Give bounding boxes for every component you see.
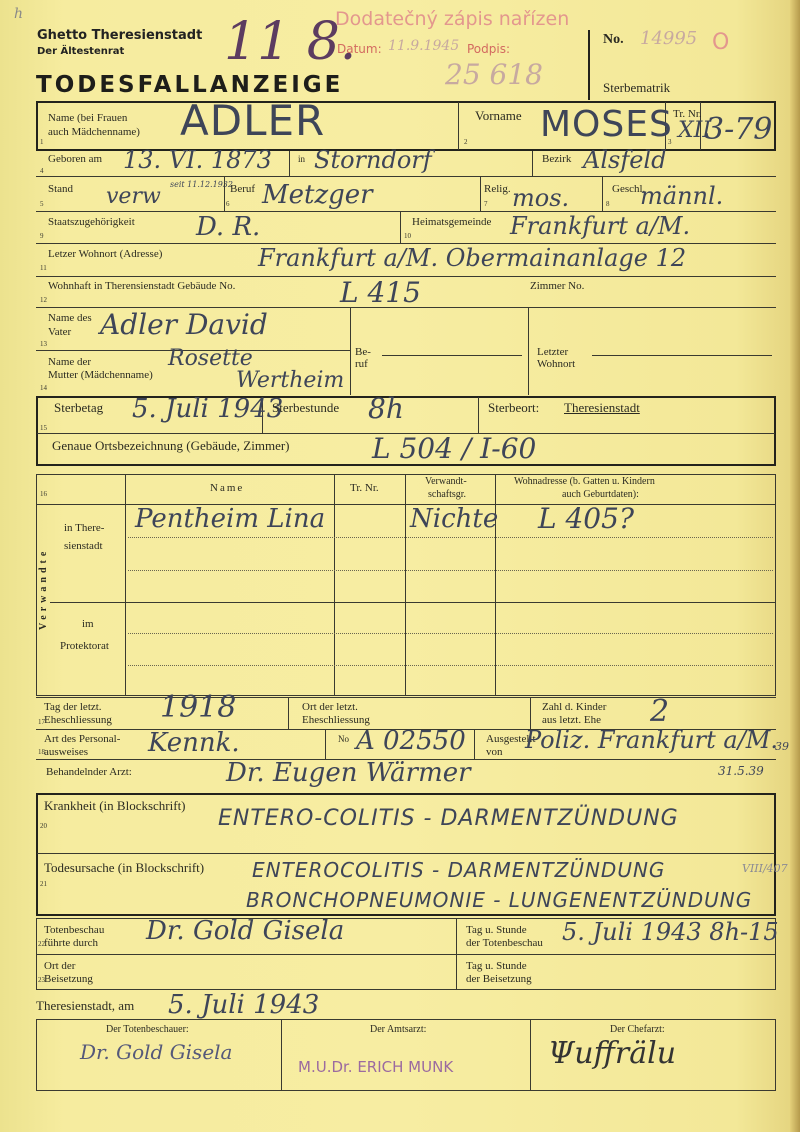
home-municipality-value: Frankfurt a/M. (510, 212, 690, 240)
id-side-note: 39 (775, 740, 789, 753)
father-label-2: Vater (48, 326, 71, 338)
home-municipality-label: Heimatsgemeinde (412, 216, 491, 228)
parents-last-residence-label-2: Wohnort (537, 358, 575, 370)
children-count-label-2: aus letzt. Ehe (542, 714, 601, 726)
marital-status-label: Stand (48, 183, 73, 195)
group-protektorat-label-2: Protektorat (60, 640, 109, 652)
register-divider (588, 30, 590, 100)
inspector-value: Dr. Gold Gisela (146, 916, 344, 946)
residence-building-value: L 415 (340, 276, 421, 309)
marital-status-value: verw (106, 184, 161, 209)
field-number: 21 (40, 880, 47, 888)
field-number: 22 (38, 940, 45, 948)
relatives-side-label: Verwandte (38, 548, 49, 630)
mother-value-2: Wertheim (236, 368, 344, 393)
field-number: 10 (404, 232, 411, 240)
exact-location-value: L 504 / I-60 (372, 432, 536, 465)
register-no-value: 14995 (640, 28, 697, 49)
father-value: Adler David (100, 308, 268, 341)
id-type-value: Kennk. (148, 728, 240, 758)
marriage-place-label: Ort der letzt. (302, 701, 358, 713)
id-number-label: No (338, 733, 349, 745)
room-label: Zimmer No. (530, 280, 584, 292)
field-number: 18 (38, 748, 45, 756)
divider (289, 151, 290, 176)
medical-officer-stamp: M.U.Dr. ERICH MUNK (298, 1058, 453, 1076)
stamp-datum-label: Datum: (337, 42, 382, 56)
sex-value: männl. (640, 182, 723, 210)
last-address-value: Frankfurt a/M. Obermainanlage 12 (258, 244, 686, 272)
divider (288, 697, 289, 729)
id-type-label-2: ausweises (44, 746, 88, 758)
stamp-podpis-label: Podpis: (467, 42, 510, 56)
physician-value: Dr. Eugen Wärmer (226, 758, 471, 788)
signature-label-medical-officer: Der Amtsarzt: (370, 1024, 426, 1036)
field-number: 15 (40, 424, 47, 432)
divider (474, 729, 475, 759)
divider (592, 355, 772, 356)
mother-label-2: Mutter (Mädchenname) (48, 369, 153, 381)
firstname-value: MOSES (540, 104, 673, 145)
occupation-label: Beruf (230, 183, 255, 195)
surname-label-2: auch Mädchenname) (48, 126, 140, 138)
children-count-label: Zahl d. Kinder (542, 701, 606, 713)
register-no-label: No. (603, 32, 624, 48)
divider (400, 211, 401, 243)
transport-no-value: 3-79 (705, 112, 772, 147)
inspection-time-label: Tag u. Stunde (466, 924, 527, 936)
children-count-value: 2 (650, 694, 669, 729)
col-address-header: Wohnadresse (b. Gatten u. Kindern (514, 476, 655, 488)
death-hour-label: Sterbestunde (272, 402, 339, 414)
surname-value: ADLER (180, 96, 325, 145)
stamp-pencil-number: 25 618 (445, 58, 543, 91)
burial-place-label: Ort der (44, 960, 75, 972)
field-number: 5 (40, 200, 44, 208)
dotted-line (128, 570, 773, 571)
divider (350, 307, 351, 395)
cause-of-death-value-2: BRONCHOPNEUMONIE - LUNGENENTZÜNDUNG (246, 888, 752, 912)
field-number: 3 (668, 138, 672, 146)
id-issuer-label-2: von (486, 746, 503, 758)
field-number: 14 (40, 384, 47, 392)
relative-name: Pentheim Lina (135, 504, 325, 534)
divider (50, 602, 775, 603)
sterbematrik-label: Sterbematrik (603, 80, 670, 96)
district-label: Bezirk (542, 153, 571, 165)
death-place-value: Theresienstadt (564, 402, 640, 414)
parents-last-residence-label: Letzter (537, 346, 568, 358)
divider (530, 697, 531, 729)
divider (456, 918, 457, 990)
divider (37, 954, 775, 955)
divider (36, 176, 776, 177)
col-name-header: Name (210, 482, 244, 494)
divider (281, 1019, 282, 1091)
register-no-suffix: O (712, 30, 729, 55)
district-value: Alsfeld (583, 146, 666, 174)
divider (602, 176, 603, 211)
inspection-time-label-2: der Totenbeschau (466, 937, 543, 949)
group-theresienstadt-label: in There- (64, 522, 104, 534)
religion-label: Relig. (484, 183, 511, 195)
field-number: 1 (40, 138, 44, 146)
field-number: 2 (464, 138, 468, 146)
margin-mark: h (14, 6, 23, 22)
divider (478, 397, 479, 433)
org-council: Der Ältestenrat (37, 46, 124, 57)
page-edge (790, 0, 800, 1132)
marital-status-note: seit 11.12.1932 (170, 180, 233, 189)
dotted-line (128, 633, 773, 634)
place-date-value: 5. Juli 1943 (168, 990, 319, 1020)
occupation-value: Metzger (262, 180, 373, 210)
signature-chief-physician: Ψuffrälu (548, 1036, 676, 1071)
physician-label: Behandelnder Arzt: (46, 766, 132, 778)
burial-time-label: Tag u. Stunde (466, 960, 527, 972)
field-number: 7 (484, 200, 488, 208)
divider (458, 102, 459, 150)
divider (334, 474, 335, 696)
death-date-value: 5. Juli 1943 (132, 394, 283, 424)
relative-relation: Nichte (410, 504, 498, 534)
org-name: Ghetto Theresienstadt (37, 28, 202, 43)
burial-time-label-2: der Beisetzung (466, 973, 532, 985)
field-number: 9 (40, 232, 44, 240)
disease-label: Krankheit (in Blockschrift) (44, 800, 186, 812)
birthplace-value: Storndorf (314, 146, 432, 174)
citizenship-value: D. R. (196, 212, 260, 242)
citizenship-label: Staatszugehörigkeit (48, 216, 135, 228)
residence-building-label: Wohnhaft in Therensienstadt Gebäude No. (48, 280, 235, 292)
id-type-label: Art des Personal- (44, 733, 120, 745)
field-number: 4 (40, 167, 44, 175)
divider (528, 307, 529, 395)
form-title: TODESFALLANZEIGE (36, 72, 343, 98)
birthplace-label: in (298, 153, 305, 165)
dotted-line (128, 665, 773, 666)
divider (530, 1019, 531, 1091)
birthdate-value: 13. VI. 1873 (123, 146, 272, 174)
field-number: 23 (38, 976, 45, 984)
signature-inspector: Dr. Gold Gisela (80, 1040, 232, 1064)
inspector-label-2: führte durch (44, 937, 98, 949)
cause-of-death-value: ENTEROCOLITIS - DARMENTZÜNDUNG (252, 858, 665, 882)
field-number: 17 (38, 718, 45, 726)
dotted-line (128, 537, 773, 538)
inspection-time-value: 5. Juli 1943 8h-15 (562, 918, 779, 946)
mother-label: Name der (48, 356, 91, 368)
cause-of-death-label: Todesursache (in Blockschrift) (44, 862, 204, 874)
col-address-header-2: auch Geburtdaten): (562, 489, 639, 501)
surname-label: Name (bei Frauen (48, 112, 127, 124)
signature-label-chief-physician: Der Chefarzt: (610, 1024, 665, 1036)
cause-side-note: VIII/407 (742, 862, 788, 875)
marriage-date-label-2: Eheschliessung (44, 714, 112, 726)
id-issuer-value: Poliz. Frankfurt a/M. (525, 726, 778, 754)
religion-value: mos. (512, 184, 569, 212)
disease-value: ENTERO-COLITIS - DARMENTZÜNDUNG (218, 806, 679, 831)
marriage-date-value: 1918 (160, 690, 236, 725)
stamp-datum-value: 11.9.1945 (388, 38, 459, 54)
father-label: Name des (48, 312, 92, 324)
marriage-date-label: Tag der letzt. (44, 701, 102, 713)
birthdate-label: Geboren am (48, 153, 102, 165)
field-number: 8 (606, 200, 610, 208)
death-hour-value: 8h (368, 392, 404, 425)
col-relation-header: Verwandt- (425, 476, 467, 488)
field-number: 12 (40, 296, 47, 304)
group-protektorat-label: im (82, 618, 94, 630)
divider (480, 176, 481, 211)
field-number: 16 (40, 490, 47, 498)
stamp-title: Dodatečný zápis nařízen (335, 8, 569, 30)
last-address-label: Letzer Wohnort (Adresse) (48, 248, 162, 260)
signature-label-inspector: Der Totenbeschauer: (106, 1024, 189, 1036)
divider (532, 151, 533, 176)
col-trnr-header: Tr. Nr. (350, 482, 379, 494)
field-number: 11 (40, 264, 47, 272)
death-place-label: Sterbeort: (488, 402, 539, 414)
group-theresienstadt-label-2: sienstadt (64, 540, 103, 552)
id-issue-date: 31.5.39 (718, 764, 764, 778)
father-occupation-label: Be- (355, 346, 371, 358)
id-number-value: A 02550 (356, 726, 466, 756)
relative-address: L 405? (538, 502, 634, 535)
divider (382, 355, 522, 356)
col-relation-header-2: schaftsgr. (428, 489, 466, 501)
burial-place-label-2: Beisetzung (44, 973, 93, 985)
divider (125, 474, 126, 696)
marriage-place-label-2: Eheschliessung (302, 714, 370, 726)
divider (405, 474, 406, 696)
death-date-label: Sterbetag (54, 402, 103, 414)
field-number: 13 (40, 340, 47, 348)
field-number: 20 (40, 822, 47, 830)
father-occupation-label-2: ruf (355, 358, 368, 370)
divider (325, 729, 326, 759)
firstname-label: Vorname (475, 110, 522, 122)
place-date-label: Theresienstadt, am (36, 1000, 134, 1012)
exact-location-label: Genaue Ortsbezeichnung (Gebäude, Zimmer) (52, 440, 290, 452)
inspector-label: Totenbeschau (44, 924, 104, 936)
divider (37, 853, 775, 854)
field-number: 6 (226, 200, 230, 208)
